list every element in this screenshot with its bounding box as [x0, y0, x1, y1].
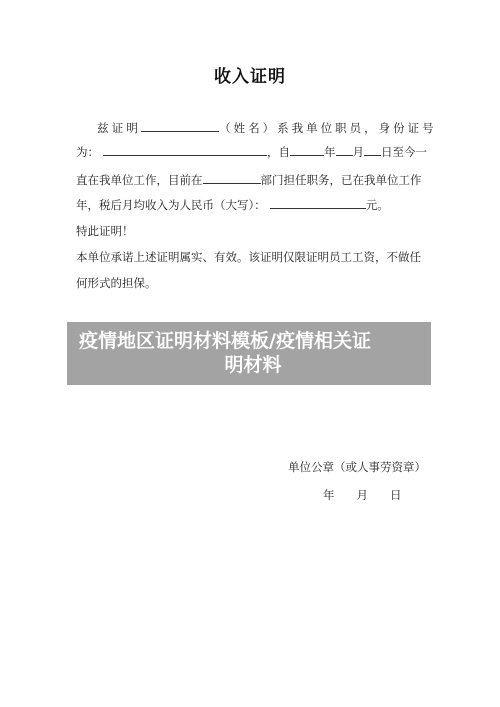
- body-line-6: 本单位承诺上述证明属实、有效。该证明仅限证明员工工资，不做任: [76, 250, 421, 264]
- signature-date: 年月日: [323, 487, 402, 503]
- certify-prefix: 兹证明: [97, 121, 141, 135]
- body-line-1: 兹证明（姓名）系我单位职员，身份证号: [97, 121, 437, 135]
- start-month-blank: [336, 145, 353, 156]
- body-line-7: 何形式的担保。: [76, 276, 157, 290]
- overlay-title-line-2: 明材料: [75, 353, 405, 377]
- body-line-2: 为：，自年月日至今一: [76, 145, 427, 159]
- income-suffix: 元。: [366, 198, 389, 212]
- date-month: 月: [357, 487, 369, 503]
- month-label: 月: [353, 145, 365, 159]
- start-day-blank: [364, 145, 381, 156]
- day-tail: 日至今一: [381, 145, 427, 159]
- body-line-3: 直在我单位工作，目前在部门担任职务，已在我单位工作: [76, 173, 422, 187]
- document-title: 收入证明: [0, 62, 500, 87]
- date-day: 日: [390, 487, 402, 503]
- income-prefix: 年，税后月均收入为人民币（大写）：: [76, 198, 266, 212]
- title-overlay-banner: 疫情地区证明材料模板/疫情相关证 明材料: [67, 322, 431, 385]
- document-page: 收入证明 兹证明（姓名）系我单位职员，身份证号 为：，自年月日至今一 直在我单位…: [0, 0, 500, 707]
- from-label: ，自: [267, 145, 290, 159]
- id-number-blank: [103, 145, 267, 156]
- dept-suffix: 部门担任职务，已在我单位工作: [261, 173, 422, 187]
- start-year-blank: [290, 145, 324, 156]
- body-line-4: 年，税后月均收入为人民币（大写）：元。: [76, 198, 389, 212]
- department-blank: [203, 173, 261, 184]
- certify-suffix: （姓名）系我单位职员，身份证号: [219, 121, 437, 135]
- year-label: 年: [324, 145, 336, 159]
- income-amount-blank: [270, 198, 366, 209]
- name-blank: [141, 121, 219, 132]
- body-line-5: 特此证明！: [76, 224, 134, 238]
- id-prefix: 为：: [76, 145, 99, 159]
- company-seal-label: 单位公章（或人事劳资章）: [288, 459, 426, 475]
- dept-prefix: 直在我单位工作，目前在: [76, 173, 203, 187]
- overlay-title-line-1: 疫情地区证明材料模板/疫情相关证: [75, 329, 405, 353]
- date-year: 年: [323, 487, 335, 503]
